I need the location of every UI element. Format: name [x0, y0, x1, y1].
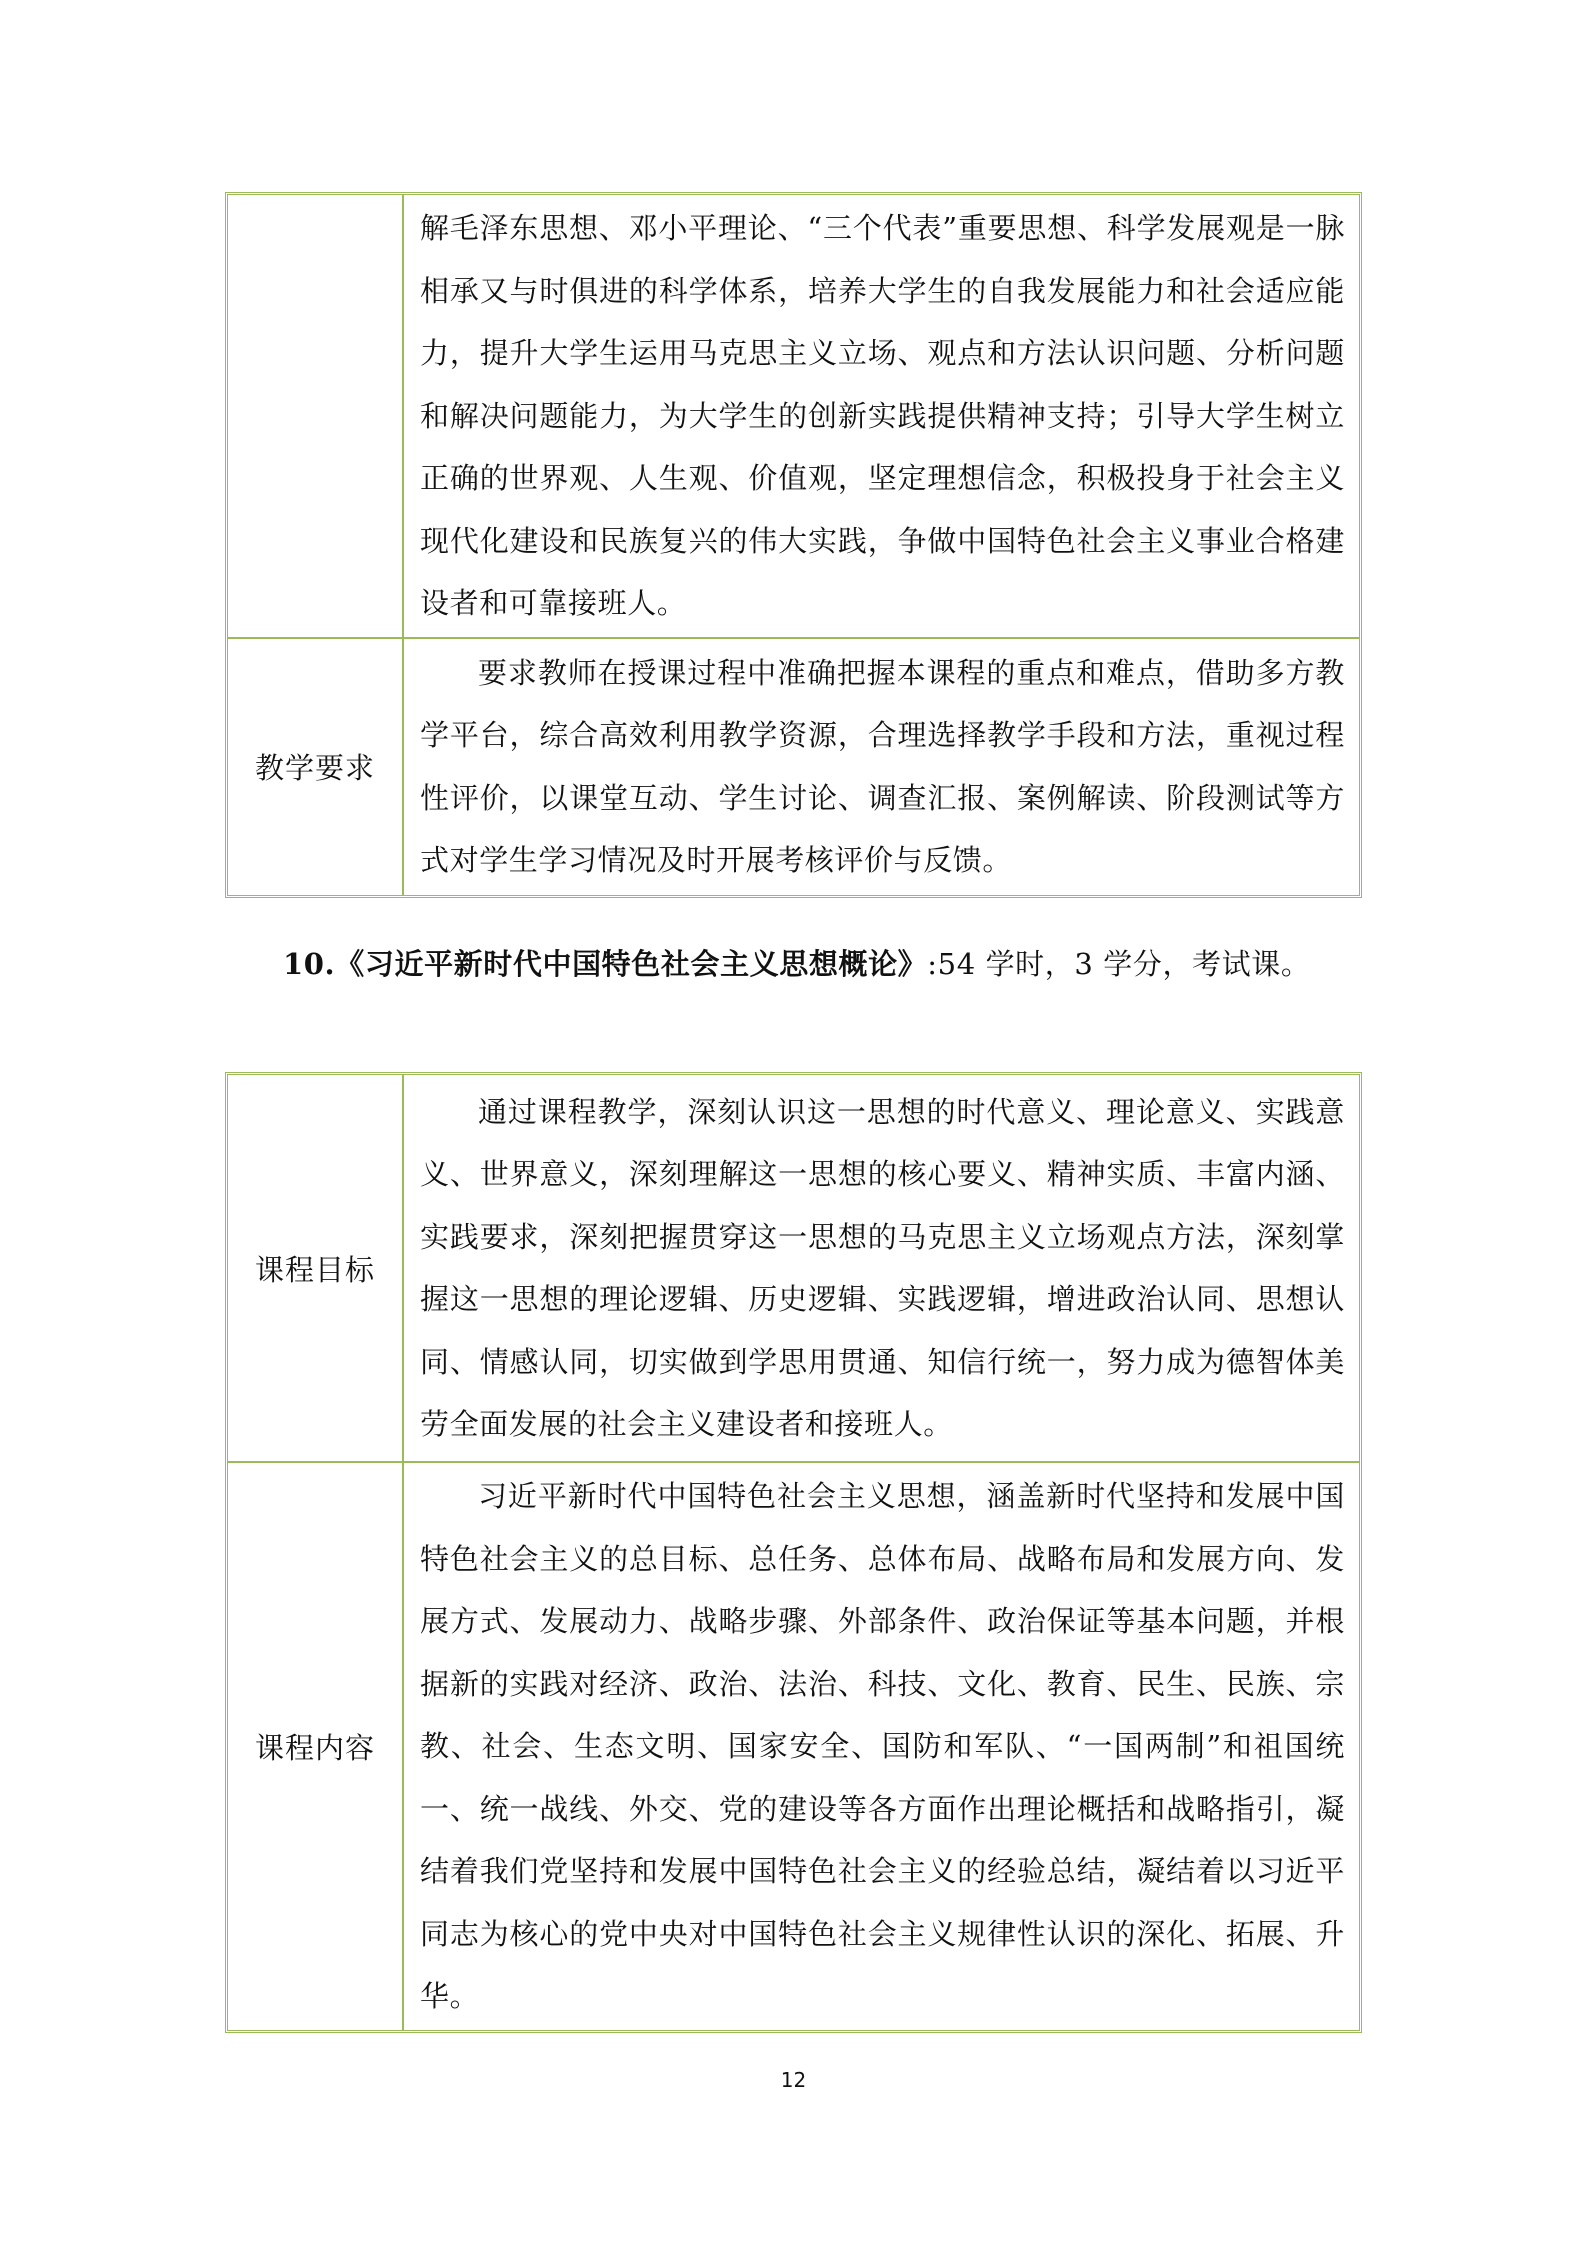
- course-details: :54 学时，3 学分，考试课。: [927, 947, 1310, 981]
- row-label-empty: [228, 195, 404, 637]
- table-row-course-content: 课程内容 习近平新时代中国特色社会主义思想，涵盖新时代坚持和发展中国特色社会主义…: [228, 1461, 1359, 2030]
- row-content-course-objective: 通过课程教学，深刻认识这一思想的时代意义、理论意义、实践意义、世界意义，深刻理解…: [404, 1075, 1359, 1461]
- course-table-continued: 解毛泽东思想、邓小平理论、“三个代表”重要思想、科学发展观是一脉相承又与时俱进的…: [225, 192, 1362, 898]
- section-number: 10.: [283, 947, 335, 981]
- table-row-objective-continued: 解毛泽东思想、邓小平理论、“三个代表”重要思想、科学发展观是一脉相承又与时俱进的…: [228, 195, 1359, 637]
- row-label-course-objective: 课程目标: [228, 1075, 404, 1461]
- row-content-objective-continued: 解毛泽东思想、邓小平理论、“三个代表”重要思想、科学发展观是一脉相承又与时俱进的…: [404, 195, 1359, 637]
- table-row-teaching-requirements: 教学要求 要求教师在授课过程中准确把握本课程的重点和难点，借助多方教学平台，综合…: [228, 637, 1359, 895]
- page-number: 12: [0, 2068, 1587, 2092]
- course-title: 《习近平新时代中国特色社会主义思想概论》: [335, 947, 927, 981]
- document-page: 解毛泽东思想、邓小平理论、“三个代表”重要思想、科学发展观是一脉相承又与时俱进的…: [0, 0, 1587, 2245]
- row-label-course-content: 课程内容: [228, 1461, 404, 2030]
- table-row-course-objective: 课程目标 通过课程教学，深刻认识这一思想的时代意义、理论意义、实践意义、世界意义…: [228, 1075, 1359, 1461]
- course-table-xi-thought: 课程目标 通过课程教学，深刻认识这一思想的时代意义、理论意义、实践意义、世界意义…: [225, 1072, 1362, 2033]
- row-label-teaching-requirements: 教学要求: [228, 637, 404, 895]
- section-heading: 10.《习近平新时代中国特色社会主义思想概论》:54 学时，3 学分，考试课。: [225, 933, 1362, 995]
- row-content-teaching-requirements: 要求教师在授课过程中准确把握本课程的重点和难点，借助多方教学平台，综合高效利用教…: [404, 637, 1359, 895]
- row-content-course-content: 习近平新时代中国特色社会主义思想，涵盖新时代坚持和发展中国特色社会主义的总目标、…: [404, 1461, 1359, 2030]
